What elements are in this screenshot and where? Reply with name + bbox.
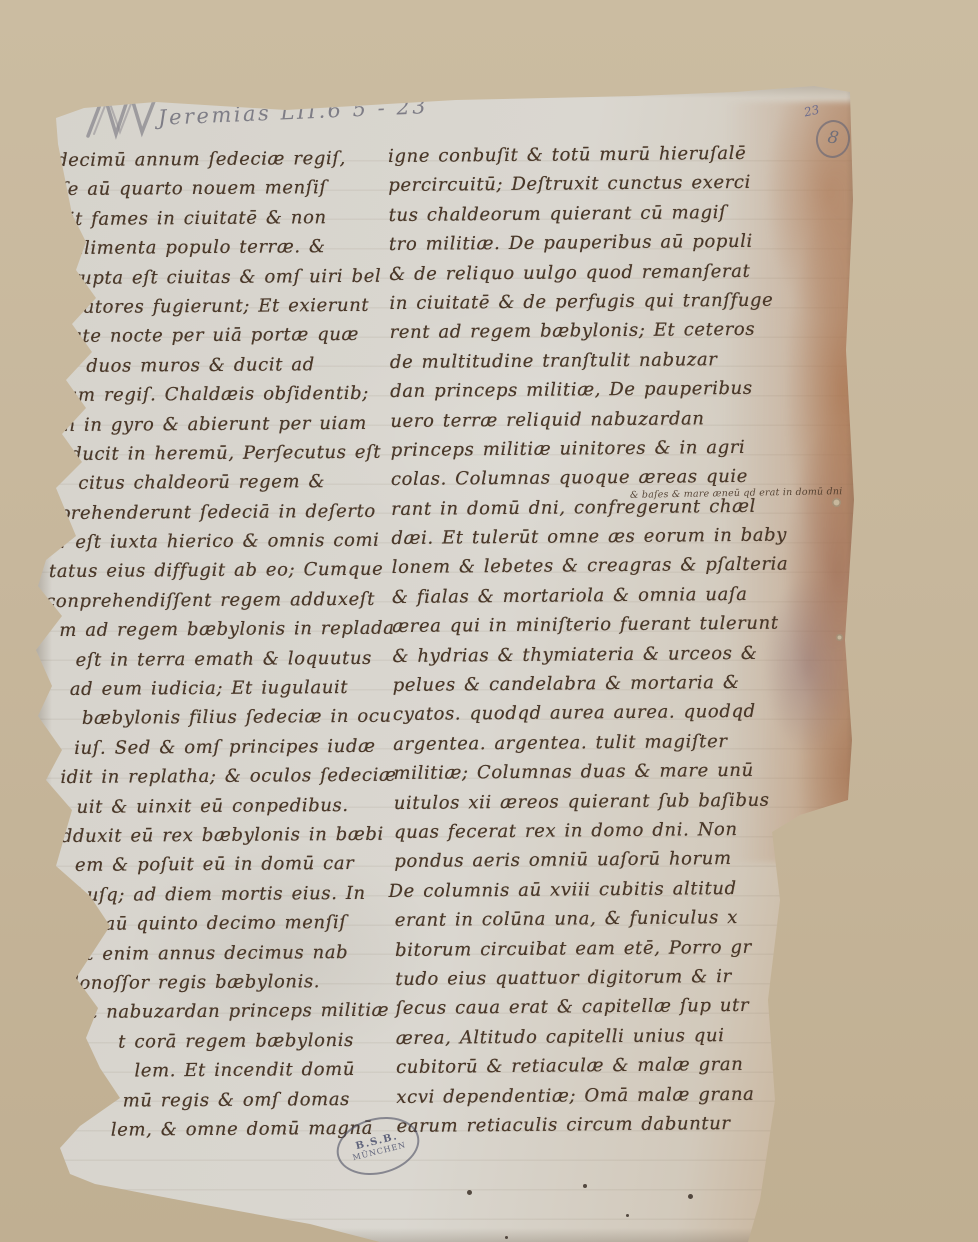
manuscript-text-line: earum retiaculis circum dabuntur (396, 1108, 858, 1141)
manuscript-text-line: uit & uinxit eū conpedibus. (77, 790, 397, 822)
manuscript-text-line: igne conbuſit & totū murū hieruſalē (388, 138, 850, 171)
manuscript-text-line: cubitorū & retiaculæ & malæ gran (396, 1049, 858, 1082)
manuscript-text-line: tus chaldeorum quierant cū magiſ (389, 197, 851, 230)
manuscript-text-line: er duos muros & ducit ad (57, 349, 393, 381)
manuscript-text-line: alimenta populo terræ. & (73, 232, 393, 264)
manuscript-text-line: bitorum circuibat eam etē, Porro gr (395, 931, 857, 964)
manuscript-text-line: ærea, Altitudo capitelli unius qui (396, 1020, 858, 1053)
manuscript-text-line: tro militiæ. De pauperibus aū populi (389, 226, 851, 259)
ink-speck (505, 1236, 508, 1239)
manuscript-text-line: dan princeps militiæ, De pauperibus (390, 373, 852, 406)
pencil-header-annotation: Jeremias LII.6 5 - 23 (158, 94, 429, 130)
wormhole (832, 498, 841, 507)
manuscript-text-line: cyatos. quodqd aurea aurea. quodqd (393, 696, 855, 729)
manuscript-text-line: & fialas & mortariola & omnia uaſa (392, 579, 854, 612)
manuscript-text-line: militiæ; Columnas duas & mare unū (393, 755, 855, 788)
manuscript-text-line: eſt enim annus decimus nab (68, 937, 398, 969)
manuscript-text-line: t corā regem bæbylonis (118, 1025, 398, 1056)
manuscript-text-line: iuſ. Sed & omſ principes iudæ (74, 731, 396, 763)
text-column-right: igne conbuſit & totū murū hieruſalēperci… (388, 138, 859, 1141)
manuscript-text-line: & de reliquo uulgo quod remanſerat (389, 256, 851, 289)
wormhole (836, 634, 843, 641)
manuscript-text-line: ſecus caua erat & capitellæ ſup utr (395, 990, 857, 1023)
ink-speck (626, 1214, 629, 1217)
manuscript-text-line: lem. Et incendit domū (134, 1055, 398, 1086)
manuscript-text-line: De columnis aū xviii cubitis altitud (388, 873, 856, 906)
manuscript-text-line: in ciuitatē & de perfugis qui tranſfuge (389, 285, 851, 318)
manuscript-text-line: m ad regem bæbylonis in replada (59, 614, 395, 646)
ink-speck (688, 1194, 693, 1199)
manuscript-text-line: ad eum iudicia; Et iugulauit (70, 673, 396, 705)
manuscript-text-line: qd eſt iuxta hierico & omnis comi (43, 526, 395, 558)
manuscript-text-line: uitulos xii æreos quierant ſub baſibus (394, 785, 856, 818)
parchment-leaf: Jeremias LII.6 5 - 23 23 8 decimū annum … (36, 84, 858, 1242)
manuscript-text-line: xcvi dependentiæ; Omā malæ grana (396, 1078, 858, 1111)
ink-speck (467, 1190, 472, 1195)
manuscript-text-line: dæi. Et tulerūt omne æs eorum in baby (391, 520, 853, 553)
manuscript-scan-page: { "annotations": { "header": "Jeremias L… (0, 0, 978, 1242)
manuscript-text-line: tatus eius diffugit ab eo; Cumque (49, 555, 395, 587)
manuscript-text-line: pelues & candelabra & mortaria & (393, 667, 855, 700)
manuscript-text-line: & hydrias & thymiateria & urceos & (392, 638, 854, 671)
manuscript-text-line: conprehendiſſent regem adduxeſt (45, 585, 395, 617)
manuscript-text-line: tudo eius quattuor digitorum & ir (395, 961, 857, 994)
manuscript-text-line: tate nocte per uiā portæ quæ (63, 320, 393, 352)
manuscript-text-line: nſe aū quinto decimo menſiſ (65, 908, 397, 940)
manuscript-text-line: m in gyro & abierunt per uiam (58, 408, 394, 440)
manuscript-text-line: ducit in heremū, Perſecutus eſt (70, 438, 394, 470)
manuscript-text-line: rent ad regem bæbylonis; Et ceteros (390, 314, 852, 347)
manuscript-text-line: odonoſſor regis bæbylonis. (56, 967, 398, 999)
manuscript-text-line: percircuitū; Deſtruxit cunctus exerci (388, 167, 850, 200)
manuscript-text-line: argentea. argentea. tulit magiſter (393, 726, 855, 759)
manuscript-text-line: ſ uſq; ad diem mortis eius. In (71, 878, 397, 910)
manuscript-text-line: dduxit eū rex bæbylonis in bæbi (61, 820, 397, 852)
manuscript-text-line: bæbylonis filius ſedeciæ in ocu (82, 702, 396, 734)
manuscript-text-line: um regiſ. Chaldæis obſidentib; (66, 379, 394, 411)
ink-speck (583, 1184, 587, 1188)
manuscript-text-line: citus chaldeorū regem & (78, 467, 394, 499)
manuscript-text-line: de multitudine tranſtulit nabuzar (390, 344, 852, 377)
manuscript-text-line: quas fecerat rex in domo dni. Non (394, 814, 856, 847)
manuscript-text-line: idit in replatha; & oculos ſedeciæ (60, 761, 396, 793)
manuscript-text-line: erant in colūna una, & funiculus x (395, 902, 857, 935)
manuscript-text-line: rupta eſt ciuitas & omſ uiri bel (71, 261, 393, 293)
manuscript-text-line: latores fugierunt; Et exierunt (77, 291, 393, 323)
manuscript-text-line: eſt in terra emath & loquutus (75, 643, 395, 675)
manuscript-text-line: t nabuzardan princeps militiæ (90, 996, 398, 1028)
manuscript-text-line: uero terræ reliquid nabuzardan (390, 402, 852, 435)
manuscript-text-line: nſe aū quarto nouem menſiſ (48, 173, 392, 205)
text-column-left: decimū annum ſedeciæ regiſ,nſe aū quarto… (56, 144, 399, 1146)
manuscript-text-line: pondus aeris omniū uaſorū horum (394, 843, 856, 876)
manuscript-text-line: dprehenderunt ſedeciā in deſerto (46, 496, 394, 528)
manuscript-text-line: princeps militiæ uinitores & in agri (391, 432, 853, 465)
manuscript-text-line: decimū annum ſedeciæ regiſ, (56, 144, 392, 176)
wormhole (778, 968, 784, 974)
manuscript-text-line: lonem & lebetes & creagras & pſalteria (392, 549, 854, 582)
manuscript-text-line: mū regis & omſ domas (123, 1084, 399, 1115)
corner-number-pencil: 23 (803, 103, 821, 120)
manuscript-text-line: em & poſuit eū in domū car (75, 849, 397, 881)
manuscript-text-line: uit fames in ciuitatē & non (56, 202, 392, 234)
manuscript-text-line: ærea qui in miniſterio fuerant tulerunt (392, 608, 854, 641)
